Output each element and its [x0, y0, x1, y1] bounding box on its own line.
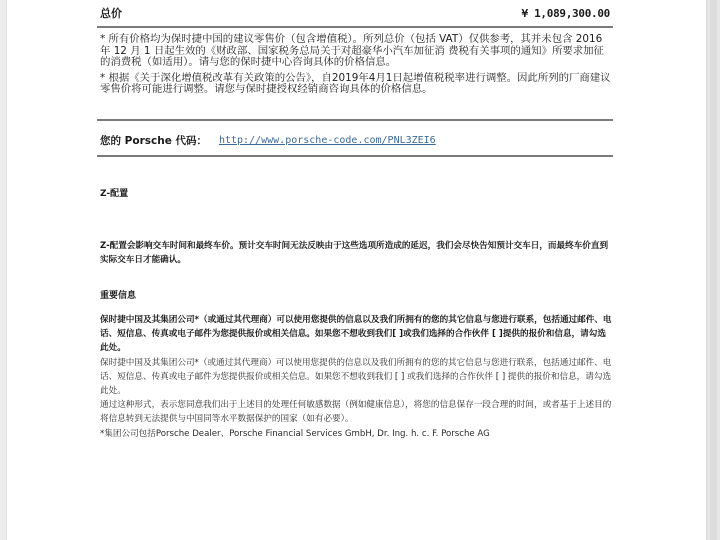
total-price-label: 总价 [100, 5, 122, 21]
price-note: * 根据《关于深化增值税改革有关政策的公告》，自2019年4月1日起增值税税率进… [100, 73, 612, 96]
scrollbar-thumb[interactable] [710, 0, 717, 540]
porsche-code-row: 您的 Porsche 代码： http://www.porsche-code.c… [100, 133, 436, 148]
page-left-edge [0, 0, 7, 540]
porsche-code-link[interactable]: http://www.porsche-code.com/PNL3ZEI6 [219, 135, 436, 146]
important-info-title: 重要信息 [100, 288, 136, 301]
price-notes: * 所有价格均为保时捷中国的建议零售价（包含增值税）。所列总价（包括 VAT）仅… [100, 34, 612, 100]
total-price-row: 总价 ¥ 1,089,300.00 [97, 5, 613, 21]
divider [97, 119, 613, 121]
divider [97, 155, 613, 157]
price-note: * 所有价格均为保时捷中国的建议零售价（包含增值税）。所列总价（包括 VAT）仅… [100, 34, 612, 69]
divider [97, 26, 613, 28]
contact-consent-bold: 保时捷中国及其集团公司*（或通过其代理商）可以使用您提供的信息以及我们所拥有的您… [100, 313, 612, 355]
group-company-footnote: *集团公司包括Porsche Dealer、Porsche Financial … [100, 427, 612, 441]
total-price-value: ¥ 1,089,300.00 [521, 7, 610, 20]
data-processing-consent: 通过这种形式，表示您同意我们出于上述目的处理任何敏感数据（例如健康信息），将您的… [100, 398, 612, 426]
z-config-title: Z-配置 [100, 186, 128, 199]
z-config-text: Z-配置会影响交车时间和最终车价。预计交车时间无法反映由于这些选项所造成的延迟，… [100, 239, 612, 267]
vertical-scrollbar[interactable] [706, 0, 720, 540]
porsche-code-label: 您的 Porsche 代码： [100, 133, 207, 148]
contact-consent-text: 保时捷中国及其集团公司*（或通过其代理商）可以使用您提供的信息以及我们所拥有的您… [100, 356, 612, 398]
